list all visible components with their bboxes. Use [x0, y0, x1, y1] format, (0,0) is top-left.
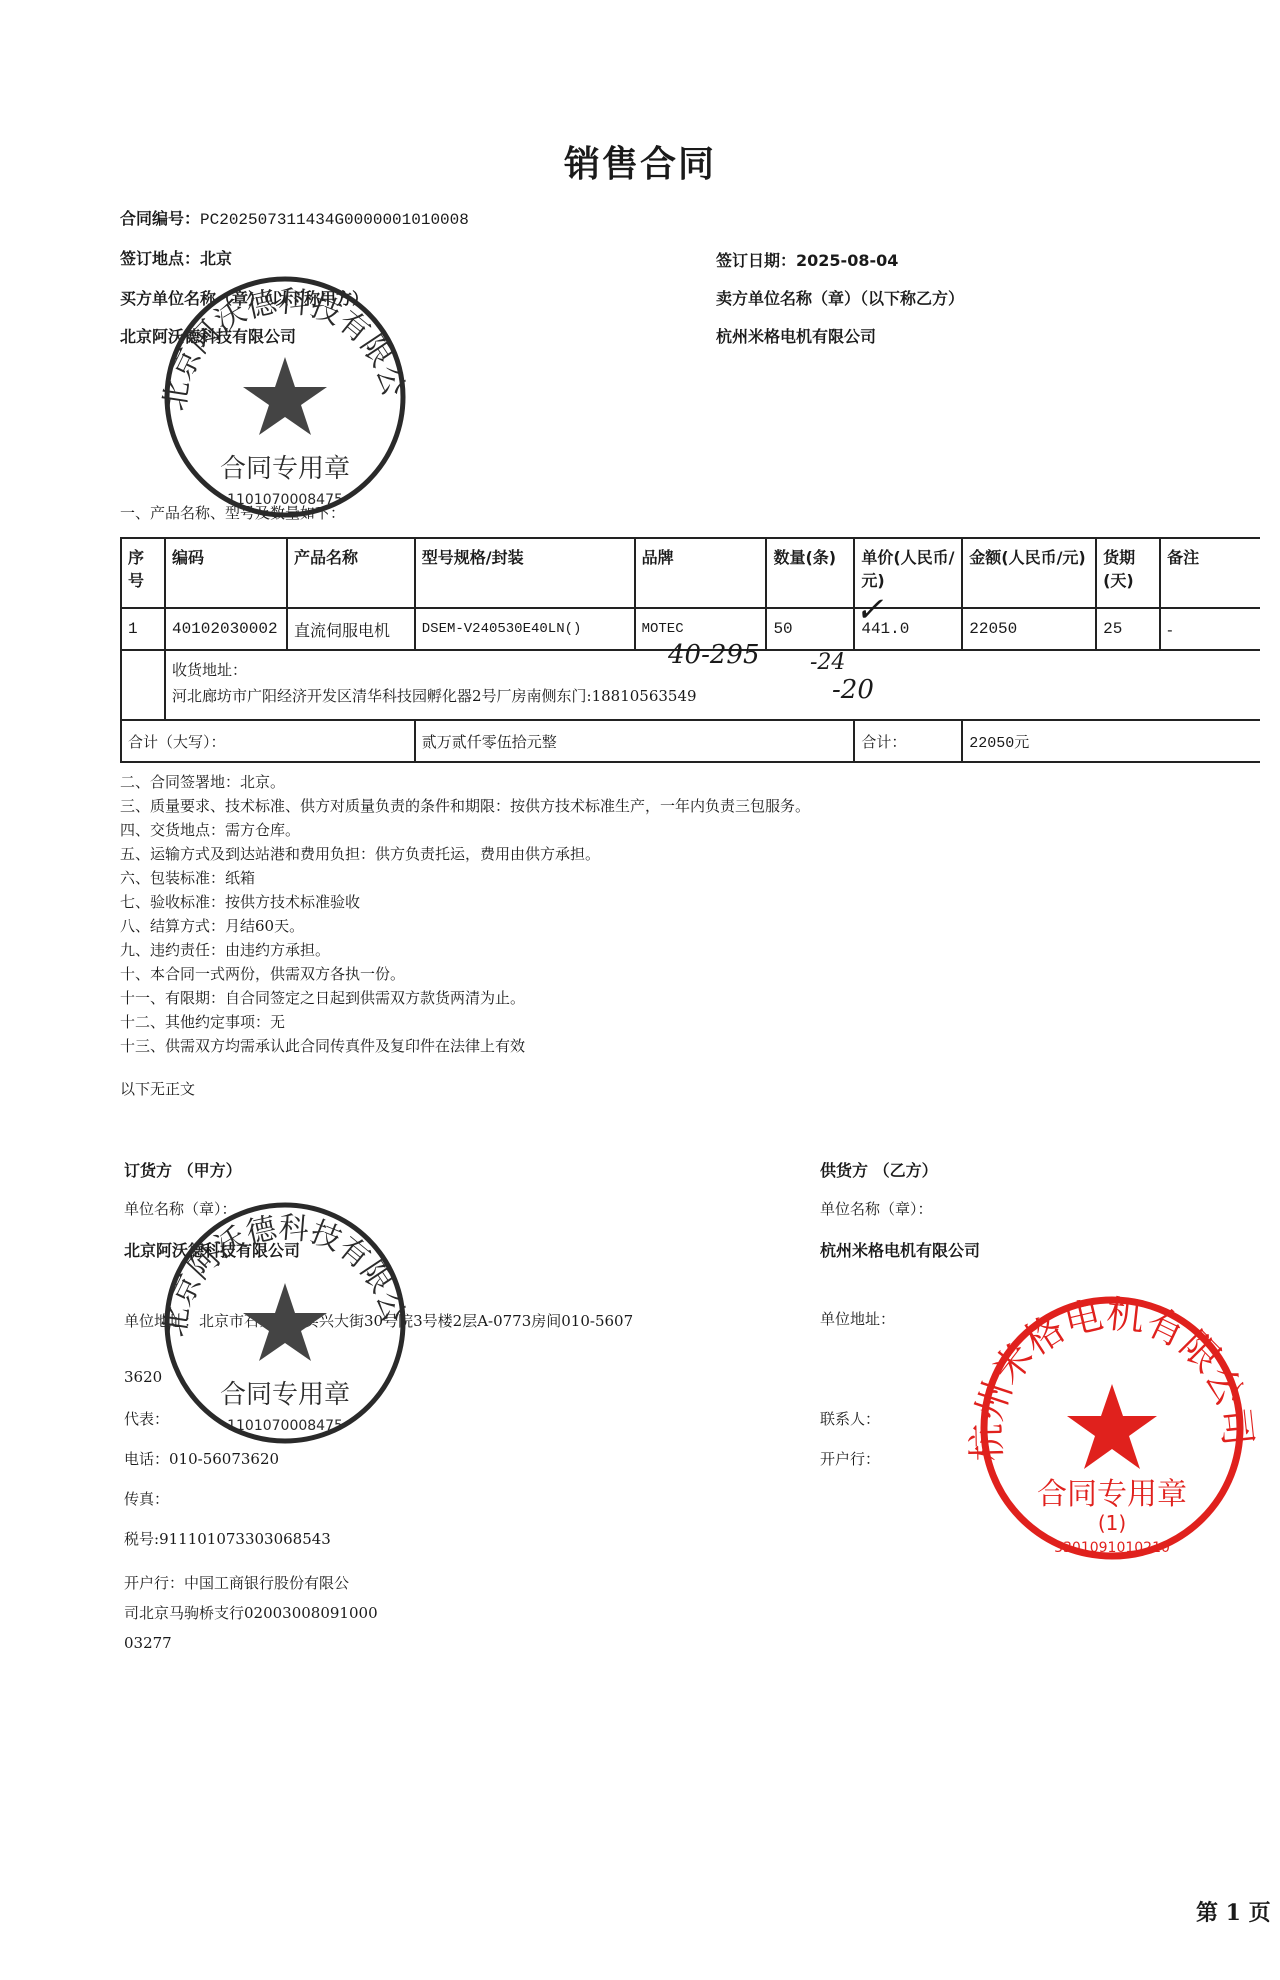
seller-stamp-sub: 合同专用章 [1037, 1477, 1187, 1512]
clause-item: 十三、供需双方均需承认此合同传真件及复印件在法律上有效 [120, 1034, 810, 1058]
col-header: 数量(条) [766, 538, 854, 608]
clause-item: 二、合同签署地：北京。 [120, 770, 810, 794]
total-upper-label: 合计（大写）： [121, 720, 415, 762]
buyer-stamp-sub: 合同专用章 [220, 454, 350, 484]
party-a-bank-line1: 中国工商银行股份有限公 [184, 1574, 349, 1592]
cell-code: 40102030002 [165, 608, 287, 650]
page-number: 第 1 页 [1196, 1896, 1271, 1927]
seller-name: 杭州米格电机有限公司 [716, 324, 876, 347]
delivery-address: 河北廊坊市广阳经济开发区清华科技园孵化器2号厂房南侧东门:18810563549 [172, 683, 1254, 709]
contract-number-value: PC202507311434G0000001010008 [200, 211, 469, 229]
cell-remark: - [1160, 608, 1260, 650]
party-b-contact-label: 联系人： [820, 1408, 880, 1429]
contract-number-label: 合同编号： [120, 209, 200, 228]
buyer-stamp-code: 1101070008475 [227, 492, 343, 508]
buyer-stamp-code: 1101070008475 [227, 1418, 343, 1434]
cell-no: 1 [121, 608, 165, 650]
seller-label: 卖方单位名称（章）（以下称乙方） [716, 286, 964, 309]
party-a-bank: 开户行：中国工商银行股份有限公 司北京马驹桥支行02003008091000 0… [124, 1568, 378, 1658]
col-header: 货期(天) [1096, 538, 1160, 608]
party-a-phone: 电话：010-56073620 [124, 1448, 279, 1469]
party-b-title: 供货方 （乙方） [820, 1158, 938, 1181]
total-upper-value: 贰万贰仟零伍拾元整 [415, 720, 855, 762]
total-row: 合计（大写）： 贰万贰仟零伍拾元整 合计： 22050元 [121, 720, 1260, 762]
handwritten-note-1: 40-295 [668, 640, 760, 670]
clause-item: 四、交货地点：需方仓库。 [120, 818, 810, 842]
seller-stamp-code: 3301091010210 [1054, 1540, 1170, 1556]
party-b-unit-label: 单位名称（章）： [820, 1198, 933, 1219]
party-a-phone-label: 电话： [124, 1450, 169, 1468]
clause-item: 十二、其他约定事项：无 [120, 1010, 810, 1034]
party-a-tax: 税号:911101073303068543 [124, 1528, 331, 1549]
party-a-tax-value: 911101073303068543 [159, 1530, 331, 1548]
seller-stamp: 杭州米格电机有限公司 合同专用章 (1) 3301091010210 [962, 1286, 1262, 1566]
col-header: 备注 [1160, 538, 1260, 608]
buyer-stamp-top: 北京阿沃德科技有限公司 合同专用章 1101070008475 [145, 262, 425, 522]
table-header-row: 序号 编码 产品名称 型号规格/封装 品牌 数量(条) 单价(人民币/元) 金额… [121, 538, 1260, 608]
buyer-stamp-sub: 合同专用章 [220, 1380, 350, 1410]
party-a-phone-value: 010-56073620 [169, 1450, 279, 1468]
party-b-bank-label: 开户行： [820, 1448, 880, 1469]
contract-number: 合同编号：PC202507311434G0000001010008 [120, 206, 469, 229]
col-header: 金额(人民币/元) [962, 538, 1096, 608]
party-a-bank-line3: 03277 [124, 1628, 378, 1658]
party-a-tax-label: 税号: [124, 1530, 159, 1548]
buyer-stamp-bottom: 北京阿沃德科技有限公司 合同专用章 1101070008475 [145, 1188, 425, 1448]
total-label: 合计： [854, 720, 962, 762]
cell-model: DSEM-V240530E40LN() [415, 608, 635, 650]
col-header: 编码 [165, 538, 287, 608]
clause-item: 六、包装标准：纸箱 [120, 866, 810, 890]
col-header: 品牌 [635, 538, 767, 608]
col-header: 型号规格/封装 [415, 538, 635, 608]
cell-name: 直流伺服电机 [287, 608, 415, 650]
sign-date: 签订日期：2025-08-04 [716, 248, 898, 271]
clause-item: 十、本合同一式两份，供需双方各执一份。 [120, 962, 810, 986]
sign-date-value: 2025-08-04 [796, 251, 898, 270]
party-b-address-label: 单位地址： [820, 1308, 895, 1329]
party-b-unit-name: 杭州米格电机有限公司 [820, 1238, 980, 1261]
clause-item: 九、违约责任：由违约方承担。 [120, 938, 810, 962]
party-a-fax-label: 传真： [124, 1488, 169, 1509]
total-value: 22050元 [962, 720, 1260, 762]
handwritten-check: ✓ [855, 590, 884, 630]
col-header: 产品名称 [287, 538, 415, 608]
handwritten-note-3: -20 [832, 675, 874, 705]
cell-qty: 50 [766, 608, 854, 650]
party-a-bank-label: 开户行： [124, 1574, 184, 1592]
handwritten-note-2: -24 [810, 650, 845, 675]
clause-item: 七、验收标准：按供方技术标准验收 [120, 890, 810, 914]
party-a-title: 订货方 （甲方） [124, 1158, 242, 1181]
clauses-list: 二、合同签署地：北京。 三、质量要求、技术标准、供方对质量负责的条件和期限：按供… [120, 770, 810, 1058]
cell-lead-days: 25 [1096, 608, 1160, 650]
clause-item: 五、运输方式及到达站港和费用负担：供方负责托运，费用由供方承担。 [120, 842, 810, 866]
seller-stamp-sub2: (1) [1098, 1511, 1126, 1535]
end-note: 以下无正文 [120, 1078, 195, 1099]
clause-item: 八、结算方式：月结60天。 [120, 914, 810, 938]
document-title: 销售合同 [0, 136, 1280, 187]
col-header: 序号 [121, 538, 165, 608]
sign-date-label: 签订日期： [716, 251, 796, 270]
clause-item: 十一、有限期：自合同签定之日起到供需双方款货两清为止。 [120, 986, 810, 1010]
party-a-bank-line2: 司北京马驹桥支行02003008091000 [124, 1598, 378, 1628]
cell-amount: 22050 [962, 608, 1096, 650]
clause-item: 三、质量要求、技术标准、供方对质量负责的条件和期限：按供方技术标准生产，一年内负… [120, 794, 810, 818]
